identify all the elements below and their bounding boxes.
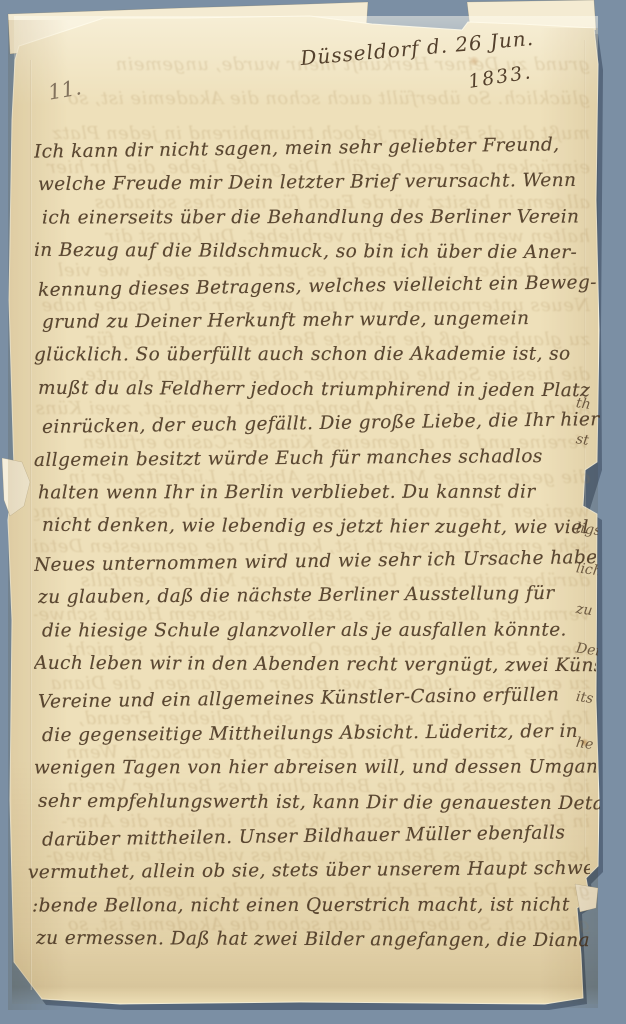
letter-line: halten wenn Ihr in Berlin verbliebet. Du…: [38, 484, 536, 503]
letter-line: in Bezug auf die Bildschmuck, so bin ich…: [34, 242, 577, 263]
letter-line: grund zu Deiner Herkunft mehr wurde, ung…: [42, 310, 530, 332]
letter-line: die hiesige Schule glanzvoller als je au…: [42, 621, 567, 640]
letter-scan: grund zu Deiner Herkunft mehr wurde, ung…: [0, 0, 626, 1024]
letter-line: mußt du als Feldherr jedoch triumphirend…: [38, 380, 590, 401]
margin-fragment: th: [575, 395, 592, 413]
letter-line: die gegenseitige Mittheilungs Absicht. L…: [42, 723, 578, 746]
letter-line: wenigen Tagen von hier abreisen will, un…: [34, 759, 596, 778]
margin-fragment: he: [575, 735, 594, 753]
margin-fragment: lich: [575, 560, 598, 579]
letter-line: ich einerseits über die Behandlung des B…: [42, 208, 579, 227]
letter-line: :bende Bellona, nicht einen Querstrich m…: [32, 896, 570, 915]
margin-fragment: st: [575, 431, 590, 449]
margin-fragment: Dei: [575, 640, 598, 659]
letter-line: Auch leben wir in den Abenden recht verg…: [34, 655, 596, 676]
margin-fragments: thstligstlichzuDeiitshe: [574, 376, 598, 986]
letter-line: allgemein besitzt würde Euch für manches…: [34, 448, 543, 470]
margin-fragment: its: [575, 689, 594, 707]
margin-fragment: ligst: [575, 520, 598, 540]
letter-line: nicht denken, wie lebendig es jetzt hier…: [42, 517, 589, 538]
letter-line: glücklich. So überfüllt auch schon die A…: [34, 346, 571, 365]
margin-fragment: zu: [575, 601, 593, 619]
bleed-line: glücklich. So überfüllt auch schon die A…: [34, 90, 590, 108]
letter-line: sehr empfehlungswerth ist, kann Dir die …: [38, 792, 600, 813]
letter-line: zu ermessen. Daß hat zwei Bilder angefan…: [36, 930, 590, 951]
